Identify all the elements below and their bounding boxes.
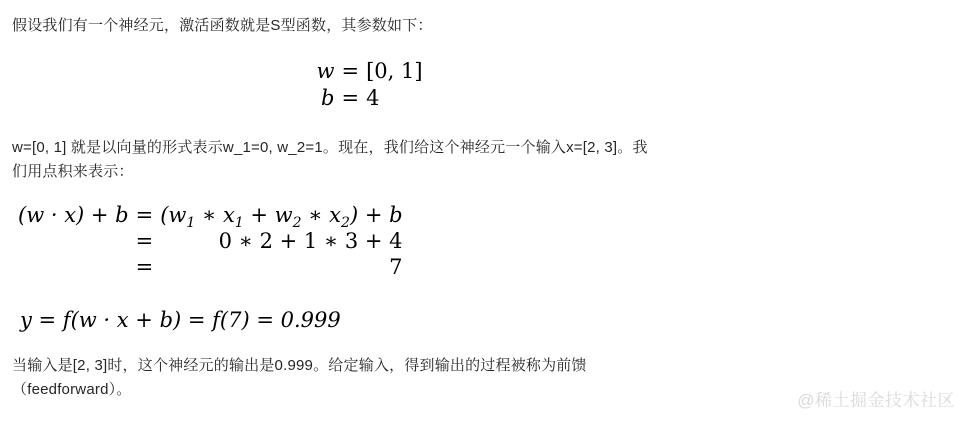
formula-row: = 7 [18, 254, 403, 280]
formula-row: = 0 ∗ 2 + 1 ∗ 3 + 4 [18, 228, 403, 254]
equals-sign: = [334, 58, 366, 85]
formula-row: w = [0, 1] [316, 58, 422, 85]
formula-lhs: b [316, 85, 334, 112]
formula-rhs: 7 [160, 254, 402, 280]
paragraph-line: （feedforward）。 [12, 378, 727, 402]
formula-weights-bias: w = [0, 1] b = 4 [12, 58, 727, 112]
formula-rhs: (w1 ∗ x1 + w2 ∗ x2) + b [160, 202, 402, 228]
equals-sign: = [129, 254, 161, 280]
paragraph-line: w=[0, 1] 就是以向量的形式表示w_1=0, w_2=1。现在，我们给这个… [12, 136, 727, 160]
formula-lhs [18, 228, 129, 254]
paragraph-feedforward: 当输入是[2, 3]时，这个神经元的输出是0.999。给定输入，得到输出的过程被… [12, 354, 727, 402]
formula-rhs: [0, 1] [366, 58, 422, 85]
equals-sign: = [334, 85, 366, 112]
paragraph-line: 们用点积来表示： [12, 160, 727, 184]
paragraph-line: 当输入是[2, 3]时，这个神经元的输出是0.999。给定输入，得到输出的过程被… [12, 354, 727, 378]
formula-row: (w · x) + b = (w1 ∗ x1 + w2 ∗ x2) + b [18, 202, 403, 228]
article-content: 假设我们有一个神经元，激活函数就是S型函数，其参数如下： w = [0, 1] … [0, 0, 727, 402]
formula-rhs: 4 [366, 85, 422, 112]
formula-lhs: w [316, 58, 334, 85]
article-page: 假设我们有一个神经元，激活函数就是S型函数，其参数如下： w = [0, 1] … [0, 0, 961, 423]
paragraph-intro: 假设我们有一个神经元，激活函数就是S型函数，其参数如下： [12, 14, 727, 38]
formula-dot-product: (w · x) + b = (w1 ∗ x1 + w2 ∗ x2) + b = … [12, 202, 727, 280]
formula-row: b = 4 [316, 85, 422, 112]
formula-dot-product-table: (w · x) + b = (w1 ∗ x1 + w2 ∗ x2) + b = … [18, 202, 403, 280]
formula-lhs: (w · x) + b [18, 202, 129, 228]
juejin-watermark: @稀土掘金技术社区 [797, 386, 955, 411]
equals-sign: = [129, 202, 161, 228]
formula-rhs: 0 ∗ 2 + 1 ∗ 3 + 4 [160, 228, 402, 254]
formula-weights-bias-table: w = [0, 1] b = 4 [316, 58, 422, 112]
formula-output: y = f(w · x + b) = f(7) = 0.999 [12, 306, 727, 334]
paragraph-vector-explain: w=[0, 1] 就是以向量的形式表示w_1=0, w_2=1。现在，我们给这个… [12, 136, 727, 184]
formula-lhs [18, 254, 129, 280]
equals-sign: = [129, 228, 161, 254]
